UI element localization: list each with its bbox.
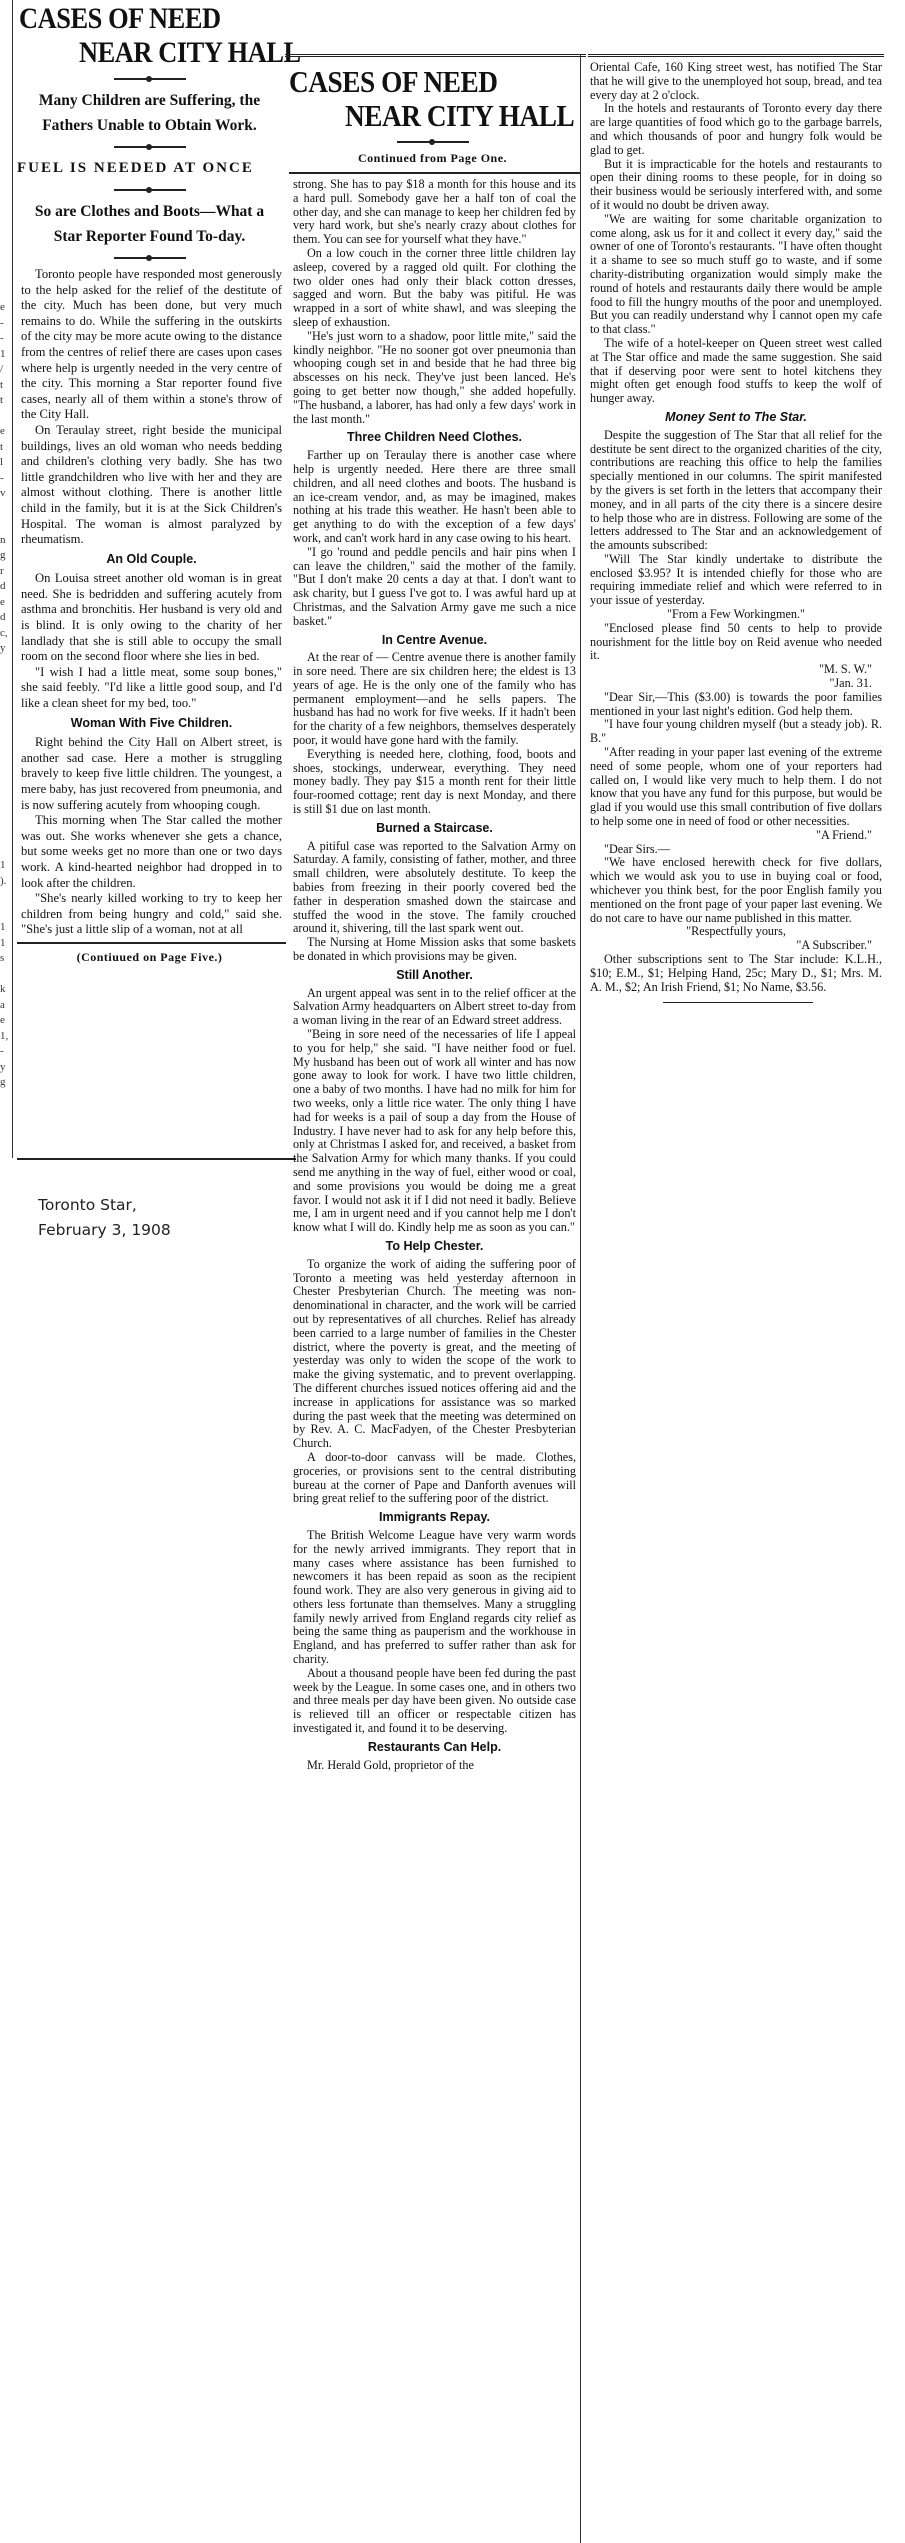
letter-signature: "From a Few Workingmen." bbox=[590, 608, 882, 622]
letter-paragraph: "I have four young children myself (but … bbox=[590, 718, 882, 746]
caption-publication: Toronto Star, bbox=[38, 1193, 171, 1218]
deck-fuel-needed: FUEL IS NEEDED AT ONCE bbox=[13, 156, 286, 181]
cut-off-neighbor-column-strip: e - - 1 / t t e t l - v n g r d e d c, y… bbox=[0, 300, 10, 1120]
paragraph: Everything is needed here, clothing, foo… bbox=[293, 748, 576, 817]
headline-line-2: NEAR CITY HALL bbox=[79, 36, 261, 70]
continuation-column: CASES OF NEED NEAR CITY HALL Continued f… bbox=[285, 54, 581, 2543]
end-rule bbox=[663, 1002, 813, 1003]
continuation-column-right: Oriental Cafe, 160 King street west, has… bbox=[588, 54, 888, 1003]
paragraph: But it is impracticable for the hotels a… bbox=[590, 158, 882, 213]
letter-signature: "A Friend." bbox=[590, 829, 882, 843]
letter-salutation: "Dear Sirs.— bbox=[590, 843, 882, 857]
paragraph: The wife of a hotel-keeper on Queen stre… bbox=[590, 337, 882, 406]
subhead-immigrants-repay: Immigrants Repay. bbox=[293, 1511, 576, 1525]
paragraph: Oriental Cafe, 160 King street west, has… bbox=[590, 61, 882, 102]
paragraph: The British Welcome League have very war… bbox=[293, 1529, 576, 1667]
headline-line-1: CASES OF NEED bbox=[289, 65, 545, 99]
headline-line-2: NEAR CITY HALL bbox=[345, 99, 552, 133]
paragraph: "She's nearly killed working to try to k… bbox=[21, 891, 282, 938]
paragraph: About a thousand people have been fed du… bbox=[293, 1667, 576, 1736]
paragraph: An urgent appeal was sent in to the reli… bbox=[293, 987, 576, 1028]
ornament-rule bbox=[114, 146, 186, 148]
paragraph: Farther up on Teraulay there is another … bbox=[293, 449, 576, 546]
letter-paragraph: "Will The Star kindly undertake to distr… bbox=[590, 553, 882, 608]
article-body-right: Oriental Cafe, 160 King street west, has… bbox=[588, 59, 888, 994]
divider bbox=[17, 942, 286, 944]
subhead-money-sent: Money Sent to The Star. bbox=[590, 411, 882, 425]
paragraph: "He's just worn to a shadow, poor little… bbox=[293, 330, 576, 427]
paragraph: This morning when The Star called the mo… bbox=[21, 813, 282, 891]
paragraph: Despite the suggestion of The Star that … bbox=[590, 429, 882, 553]
article-body-continued: strong. She has to pay $18 a month for t… bbox=[285, 178, 580, 1772]
paragraph: On a low couch in the corner three littl… bbox=[293, 247, 576, 330]
divider bbox=[285, 54, 586, 59]
deck-clothes-boots: So are Clothes and Boots—What a Star Rep… bbox=[13, 199, 286, 249]
ornament-rule bbox=[114, 78, 186, 80]
subhead-old-couple: An Old Couple. bbox=[21, 552, 282, 568]
ornament-rule bbox=[397, 141, 469, 143]
letter-paragraph: "After reading in your paper last evenin… bbox=[590, 746, 882, 829]
source-caption: Toronto Star, February 3, 1908 bbox=[38, 1193, 171, 1243]
ornament-rule bbox=[114, 189, 186, 191]
paragraph: In the hotels and restaurants of Toronto… bbox=[590, 102, 882, 157]
paragraph: Mr. Herald Gold, proprietor of the bbox=[293, 1759, 576, 1773]
paragraph: A door-to-door canvass will be made. Clo… bbox=[293, 1451, 576, 1506]
caption-date: February 3, 1908 bbox=[38, 1218, 171, 1243]
letter-date: "Jan. 31. bbox=[590, 677, 882, 691]
subhead-still-another: Still Another. bbox=[293, 969, 576, 983]
continued-from-note: Continued from Page One. bbox=[285, 151, 580, 166]
subhead-centre-avenue: In Centre Avenue. bbox=[293, 634, 576, 648]
article-body-front: Toronto people have responded most gener… bbox=[13, 267, 286, 938]
paragraph: At the rear of — Centre avenue there is … bbox=[293, 651, 576, 748]
paragraph: On Louisa street another old woman is in… bbox=[21, 571, 282, 665]
paragraph: To organize the work of aiding the suffe… bbox=[293, 1258, 576, 1451]
letter-paragraph: "Enclosed please find 50 cents to help t… bbox=[590, 622, 882, 663]
paragraph: A pitiful case was reported to the Salva… bbox=[293, 840, 576, 937]
letter-paragraph: "Dear Sir,—This ($3.00) is towards the p… bbox=[590, 691, 882, 719]
subhead-five-children: Woman With Five Children. bbox=[21, 716, 282, 732]
paragraph: Right behind the City Hall on Albert str… bbox=[21, 735, 282, 813]
paragraph: Other subscriptions sent to The Star inc… bbox=[590, 953, 882, 994]
paragraph: "Being in sore need of the necessaries o… bbox=[293, 1028, 576, 1235]
front-page-clipping: CASES OF NEED NEAR CITY HALL Many Childr… bbox=[12, 0, 286, 1158]
ornament-rule bbox=[114, 257, 186, 259]
divider bbox=[289, 172, 580, 174]
paragraph: Toronto people have responded most gener… bbox=[21, 267, 282, 423]
subhead-burned-staircase: Burned a Staircase. bbox=[293, 822, 576, 836]
paragraph: "I wish I had a little meat, some soup b… bbox=[21, 665, 282, 712]
continued-on-note: (Contiuued on Page Five.) bbox=[13, 950, 286, 965]
letter-paragraph: "We have enclosed herewith check for fiv… bbox=[590, 856, 882, 925]
paragraph: "I go 'round and peddle pencils and hair… bbox=[293, 546, 576, 629]
paragraph: strong. She has to pay $18 a month for t… bbox=[293, 178, 576, 247]
subhead-help-chester: To Help Chester. bbox=[293, 1240, 576, 1254]
headline-line-1: CASES OF NEED bbox=[19, 2, 254, 36]
letter-closing: "Respectfully yours, bbox=[590, 925, 882, 939]
letter-signature: "A Subscriber." bbox=[590, 939, 882, 953]
divider bbox=[17, 1158, 296, 1160]
paragraph: The Nursing at Home Mission asks that so… bbox=[293, 936, 576, 964]
paragraph: "We are waiting for some charitable orga… bbox=[590, 213, 882, 337]
paragraph: On Teraulay street, right beside the mun… bbox=[21, 423, 282, 548]
deck-children-suffering: Many Children are Suffering, the Fathers… bbox=[13, 88, 286, 138]
letter-signature: "M. S. W." bbox=[590, 663, 882, 677]
subhead-restaurants-help: Restaurants Can Help. bbox=[293, 1741, 576, 1755]
subhead-three-children: Three Children Need Clothes. bbox=[293, 431, 576, 445]
